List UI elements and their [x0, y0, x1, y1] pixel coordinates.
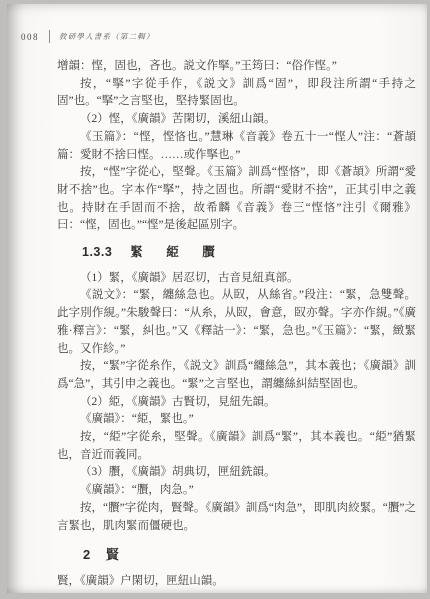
scanned-book-page: 008 敦研學人書系（第二輯） 增韻：悭，固也，吝也。説文作掔。”王筠曰：“俗作… — [0, 0, 430, 599]
header-divider — [49, 30, 50, 43]
body-paragraph: 按，“緊”字從糸作，《説文》訓爲“纏絲急”，其本義也；《廣韻》訓爲“急”，其引申… — [57, 358, 416, 393]
body-paragraph: 增韻：悭，固也，吝也。説文作掔。”王筠曰：“俗作悭。” — [57, 58, 416, 76]
body-paragraph: （2）䋗，《廣韻》古賢切，見紐先韻。 — [57, 394, 416, 412]
section-title: 賢 — [106, 547, 119, 562]
body-paragraph: 《説文》：“緊，纏絲急也。从臤，从絲省。”段注：“緊，急雙聲。此字別作絸。”朱駿… — [57, 287, 416, 358]
body-paragraph: （3）臔，《廣韻》胡典切，匣紐銑韻。 — [57, 464, 416, 482]
body-paragraph: 按，“臔”字從肉，賢聲。《廣韻》訓爲“肉急”，即肌肉絞緊。“臔”之言緊也，肌肉緊… — [57, 500, 416, 535]
body-paragraph: 《廣韻》：“臔，肉急。” — [57, 482, 416, 500]
body-paragraph: 按，“掔”字從手作，《説文》訓爲“固”，即段注所謂“手持之固”也。“掔”之言堅也… — [57, 76, 416, 111]
series-title: 敦研學人書系（第二輯） — [59, 31, 155, 42]
section-heading-1-3-3: 1.3.3 緊 䋗 臔 — [57, 244, 416, 262]
section-number: 2 — [83, 547, 90, 562]
body-paragraph: 《廣韻》：“䋗，緊也。” — [57, 411, 416, 429]
body-paragraph: 《玉篇》：“悭，悭悋也。”慧琳《音義》卷五十一“悭人”注：“蒼頡篇：愛財不捨曰悭… — [57, 129, 416, 164]
body-paragraph: 按，“悭”字從心，堅聲。《玉篇》訓爲“悭悋”，即《蒼頡》所謂“愛財不捨”也。字本… — [57, 164, 416, 235]
section-number: 1.3.3 — [82, 245, 112, 259]
body-paragraph: 賢，《廣韻》户閑切，匣紐山韻。 — [57, 573, 416, 591]
page-number: 008 — [21, 32, 39, 42]
section-title: 緊 䋗 臔 — [130, 245, 224, 259]
page-body: 增韻：悭，固也，吝也。説文作掔。”王筠曰：“俗作悭。” 按，“掔”字從手作，《説… — [57, 58, 416, 591]
body-paragraph: （2）悭，《廣韻》苦閑切，溪紐山韻。 — [57, 111, 416, 129]
body-paragraph: （1）緊，《廣韻》居忍切，古音見紐真部。 — [57, 270, 416, 288]
body-paragraph: 按，“䋗”字從糸，堅聲。《廣韻》訓爲“緊”，其本義也。“䋗”猶緊也，音近而義同。 — [57, 429, 416, 464]
running-header: 008 敦研學人書系（第二輯） — [21, 30, 427, 43]
page-surface: 008 敦研學人書系（第二輯） 增韻：悭，固也，吝也。説文作掔。”王筠曰：“俗作… — [7, 4, 427, 593]
section-heading-2: 2 賢 — [57, 546, 416, 564]
